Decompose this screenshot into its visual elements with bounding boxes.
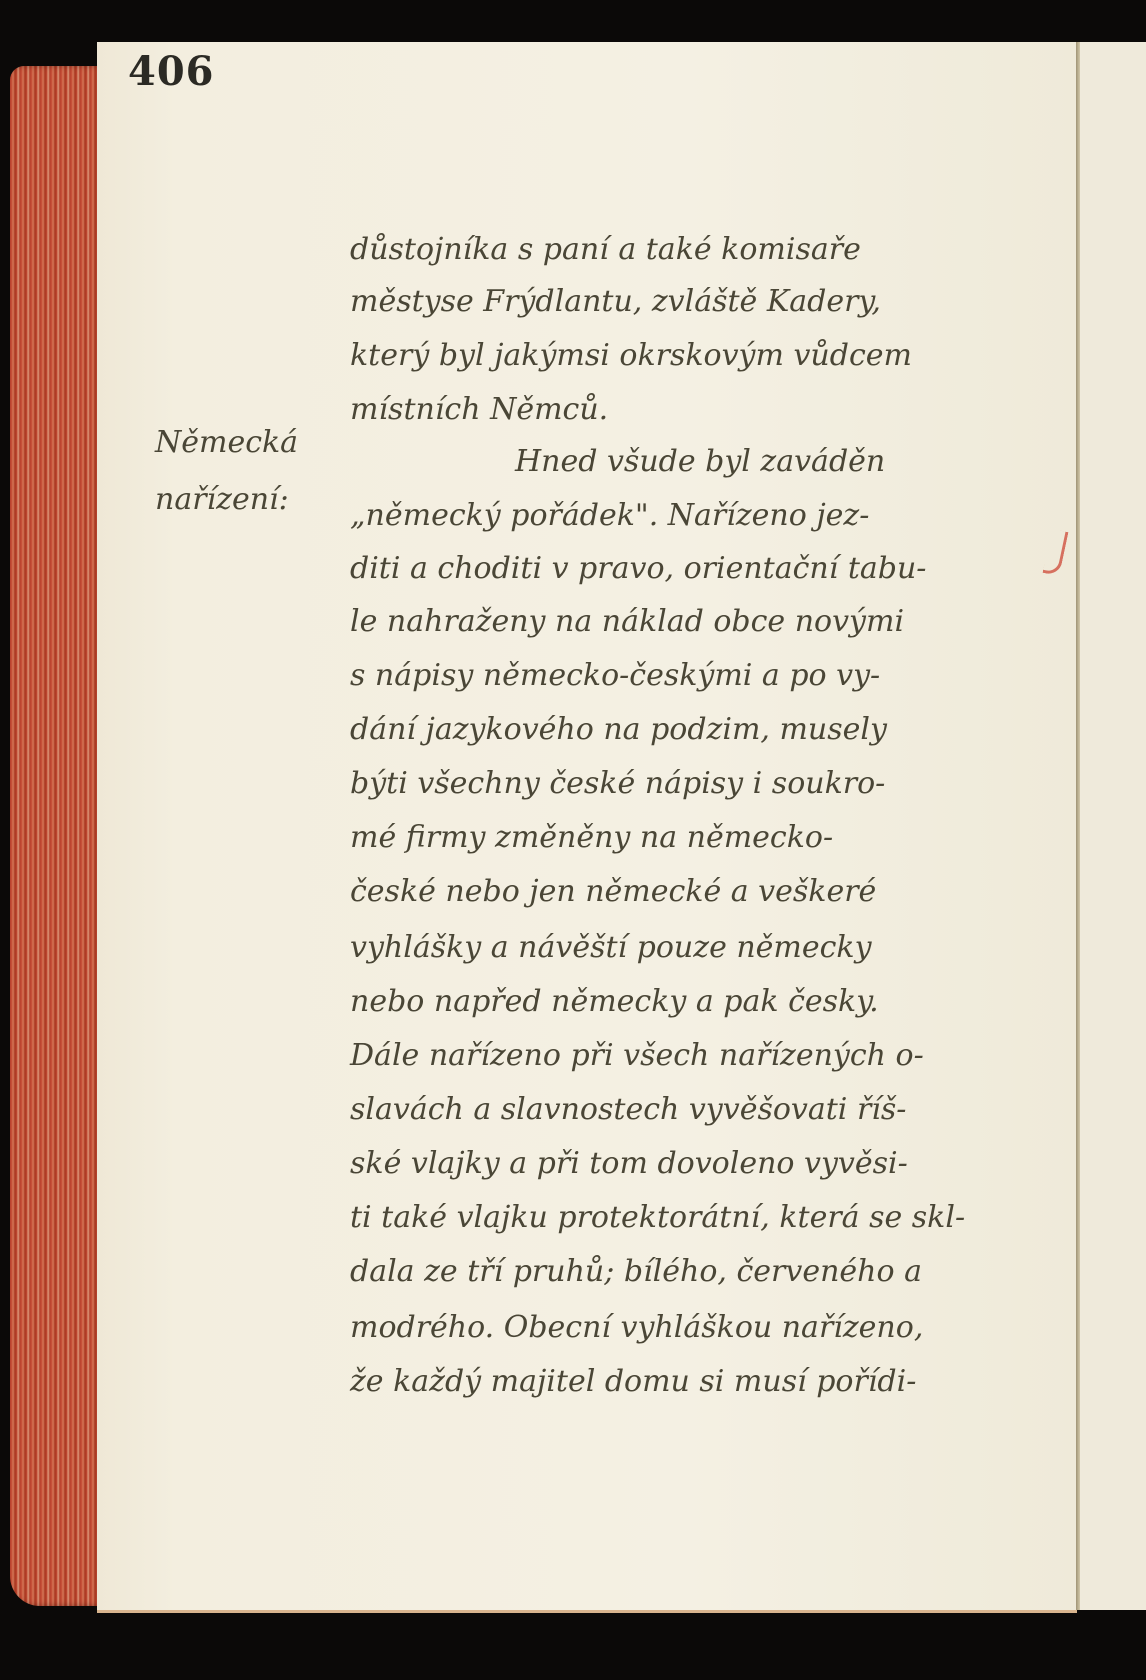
book-page-edges — [10, 66, 104, 1606]
text-line: dání jazykového na podzim, musely — [350, 712, 887, 747]
text-line: nebo napřed německy a pak česky. — [350, 984, 879, 1019]
text-line: le nahraženy na náklad obce novými — [350, 604, 904, 639]
book-gutter — [1076, 42, 1080, 1610]
text-line: Hned všude byl zaváděn — [515, 444, 885, 479]
text-line: diti a choditi v pravo, orientační tabu- — [350, 551, 926, 586]
text-line: s nápisy německo-českými a po vy- — [350, 658, 880, 693]
margin-note: Německá — [155, 425, 298, 460]
text-line: místních Němců. — [350, 392, 608, 427]
text-line: mé firmy změněny na německo- — [350, 820, 833, 855]
text-line: městyse Frýdlantu, zvláště Kadery, — [350, 284, 881, 319]
text-line: vyhlášky a návěští pouze německy — [350, 930, 872, 965]
text-line: že každý majitel domu si musí pořídi- — [350, 1364, 916, 1399]
text-line: ti také vlajku protektorátní, která se s… — [350, 1200, 965, 1235]
text-line: slavách a slavnostech vyvěšovati říš- — [350, 1092, 906, 1127]
text-line: dala ze tří pruhů; bílého, červeného a — [350, 1254, 922, 1289]
adjacent-page — [1077, 42, 1146, 1610]
text-line: býti všechny české nápisy i soukro- — [350, 766, 885, 801]
text-line: Dále nařízeno při všech nařízených o- — [350, 1038, 924, 1073]
text-line: modrého. Obecní vyhláškou nařízeno, — [350, 1310, 923, 1345]
text-line: české nebo jen německé a veškeré — [350, 874, 876, 909]
text-line: ské vlajky a při tom dovoleno vyvěsi- — [350, 1146, 908, 1181]
text-line: důstojníka s paní a také komisaře — [350, 232, 861, 267]
margin-note: nařízení: — [155, 482, 289, 517]
text-line: „německý pořádek". Nařízeno jez- — [350, 498, 869, 533]
text-line: který byl jakýmsi okrskovým vůdcem — [350, 338, 912, 373]
page-number: 406 — [128, 48, 215, 95]
